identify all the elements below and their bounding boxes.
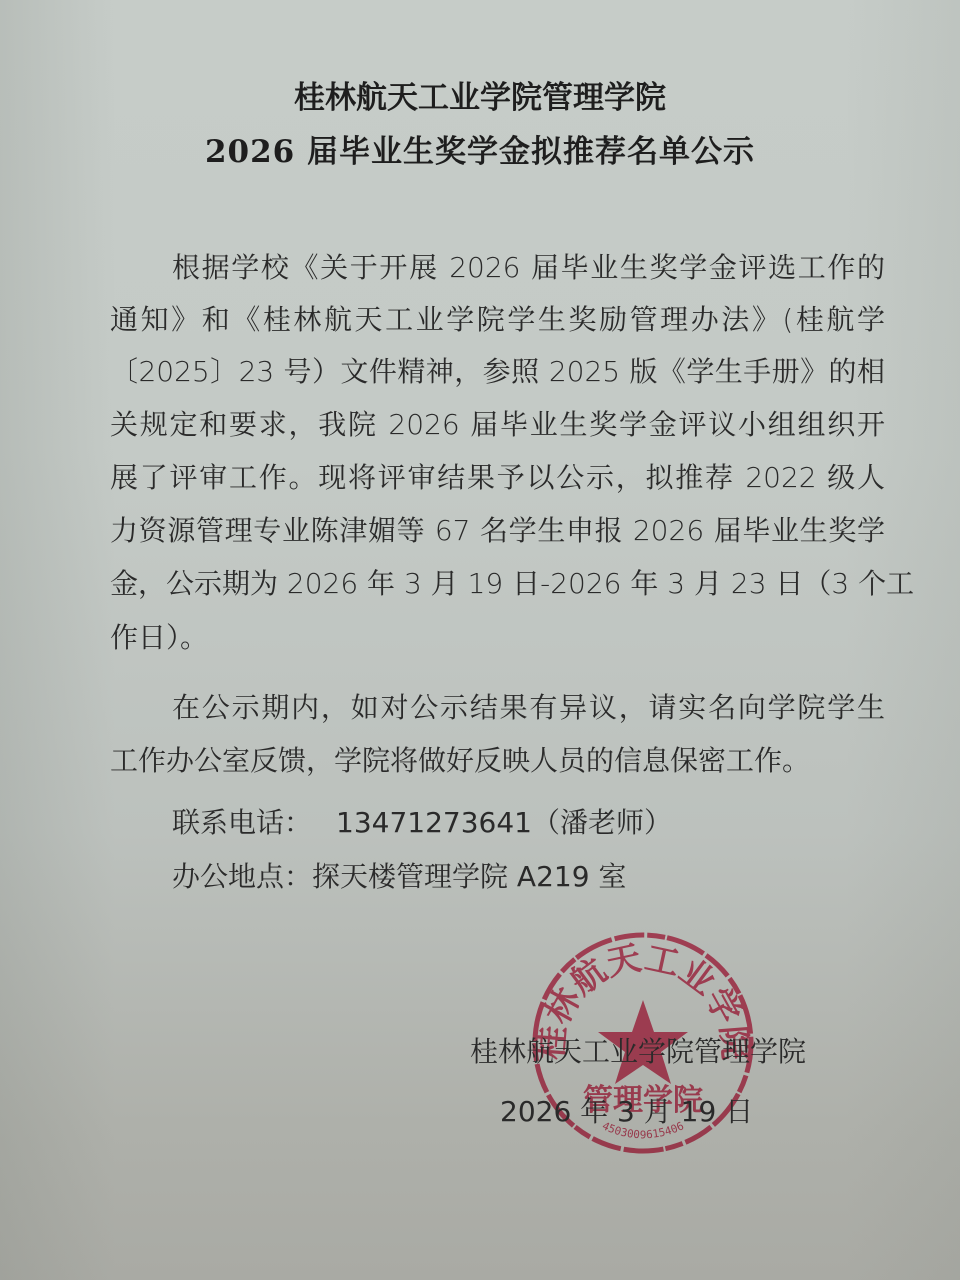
contact-phone: 联系电话：13471273641（潘老师） [172, 801, 672, 841]
contact-office-value: 探天楼管理学院 A219 室 [312, 860, 626, 893]
signature-date: 2026 年 3 月 19 日 [500, 1090, 753, 1130]
document-page: 桂林航天工业学院管理学院 2026 届毕业生奖学金拟推荐名单公示 根据学校《关于… [0, 0, 960, 1280]
paragraph-line: 在公示期内，如对公示结果有异议，请实名向学院学生 [172, 690, 885, 726]
document-title-institution: 桂林航天工业学院管理学院 [0, 72, 960, 117]
contact-office-label: 办公地点： [172, 860, 312, 893]
paragraph-line: 力资源管理专业陈津媚等 67 名学生申报 2026 届毕业生奖学 [110, 513, 885, 549]
paragraph-line: 作日）。 [110, 620, 885, 656]
paragraph-line: 通知》和《桂林航天工业学院学生奖励管理办法》(桂航学 [110, 302, 885, 338]
paragraph-line: 工作办公室反馈，学院将做好反映人员的信息保密工作。 [110, 743, 885, 779]
signature-issuer: 桂林航天工业学院管理学院 [470, 1030, 806, 1070]
paragraph-line: 金，公示期为 2026 年 3 月 19 日-2026 年 3 月 23 日（3… [110, 566, 885, 602]
paragraph-line: 关规定和要求，我院 2026 届毕业生奖学金评议小组组织开 [110, 407, 885, 443]
contact-office: 办公地点：探天楼管理学院 A219 室 [172, 855, 626, 895]
paragraph-line: 〔2025〕23 号）文件精神，参照 2025 版《学生手册》的相 [110, 354, 885, 390]
contact-phone-label: 联系电话： [172, 806, 312, 839]
paragraph-line: 根据学校《关于开展 2026 届毕业生奖学金评选工作的 [172, 250, 885, 286]
document-title-notice: 2026 届毕业生奖学金拟推荐名单公示 [0, 126, 960, 171]
paragraph-line: 展了评审工作。现将评审结果予以公示，拟推荐 2022 级人 [110, 460, 885, 496]
contact-phone-value: 13471273641（潘老师） [336, 806, 672, 839]
